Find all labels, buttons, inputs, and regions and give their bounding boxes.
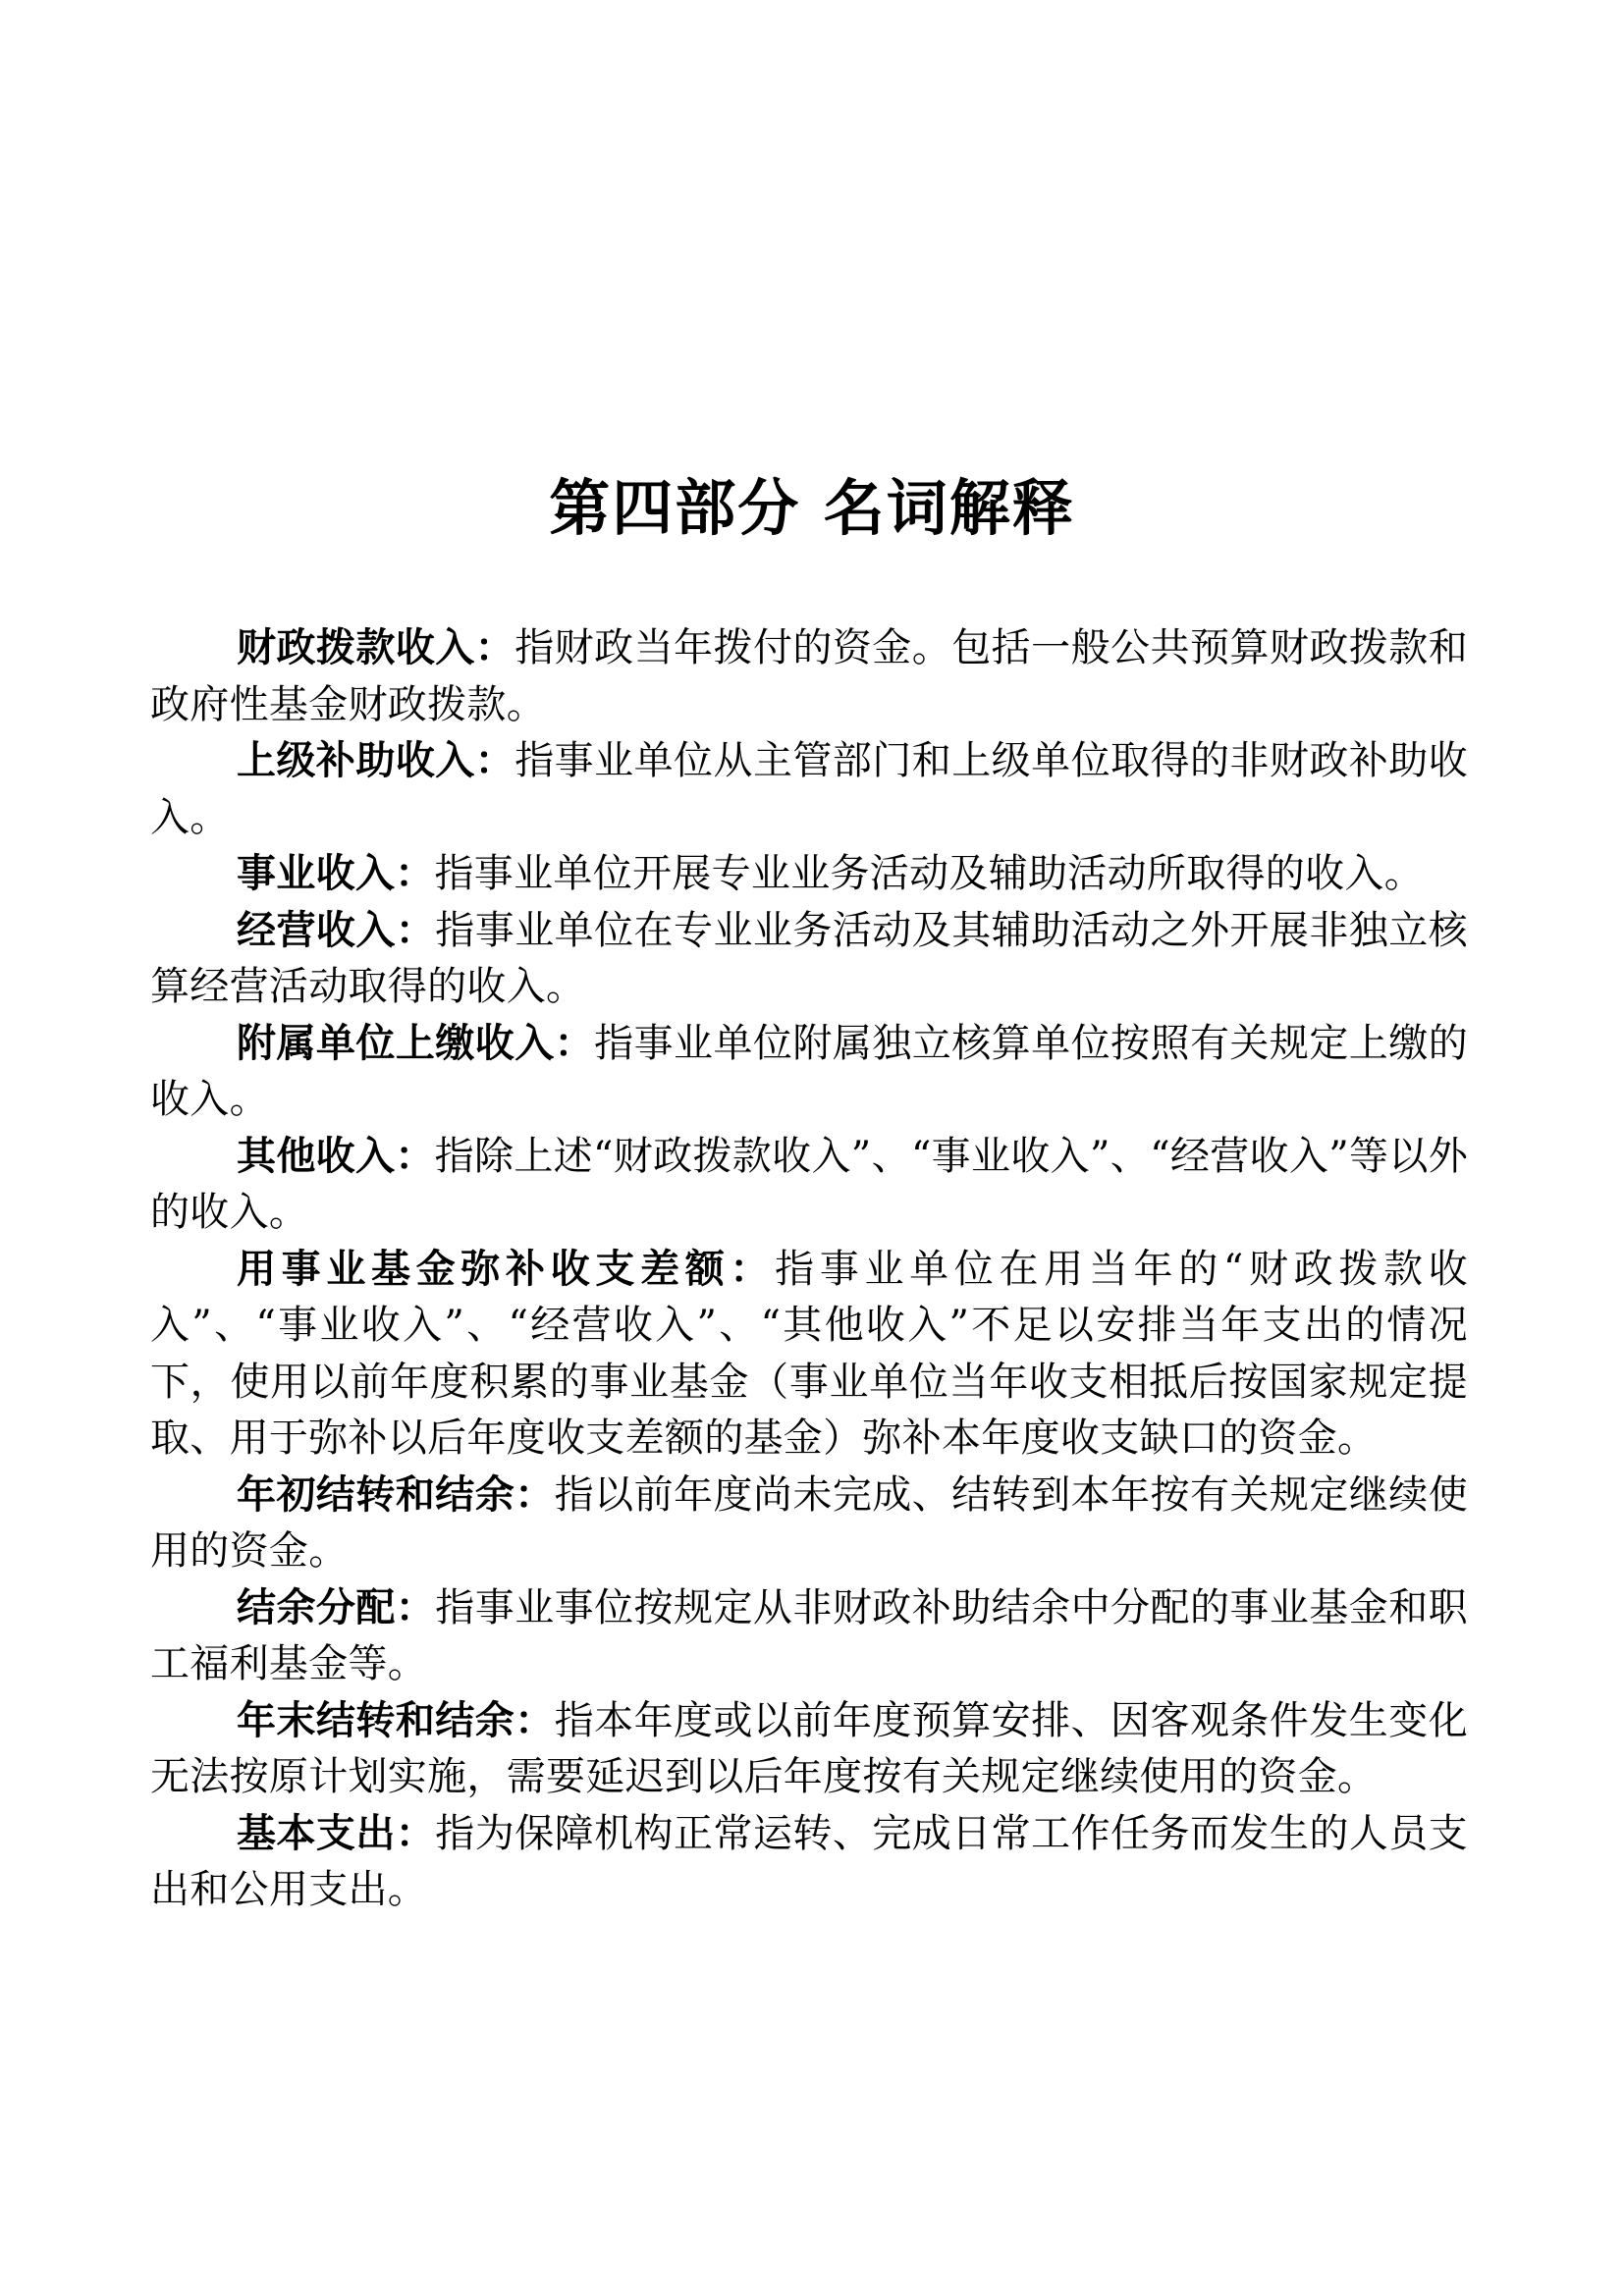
glossary-term: 其他收入：: [237, 1134, 435, 1179]
glossary-entry-business-fund-deficit-offset: 用事业基金弥补收支差额：指事业单位在用当年的“财政拨款收入”、“事业收入”、“经…: [150, 1242, 1468, 1468]
glossary-entry-other-income: 其他收入：指除上述“财政拨款收入”、“事业收入”、“经营收入”等以外的收入。: [150, 1129, 1468, 1242]
glossary-term: 年初结转和结余：: [237, 1472, 555, 1518]
glossary-term: 财政拨款收入：: [237, 625, 514, 670]
glossary-term: 结余分配：: [237, 1585, 435, 1630]
glossary-entry-business-income: 事业收入：指事业单位开展专业业务活动及辅助活动所取得的收入。: [150, 846, 1468, 903]
glossary-term: 基本支出：: [237, 1811, 435, 1856]
glossary-entry-surplus-distribution: 结余分配：指事业事位按规定从非财政补助结余中分配的事业基金和职工福利基金等。: [150, 1580, 1468, 1693]
glossary-term: 用事业基金弥补收支差额：: [237, 1247, 775, 1292]
glossary-body: 财政拨款收入：指财政当年拨付的资金。包括一般公共预算财政拨款和政府性基金财政拨款…: [150, 620, 1468, 1919]
glossary-entry-beginning-carryover-balance: 年初结转和结余：指以前年度尚未完成、结转到本年按有关规定继续使用的资金。: [150, 1468, 1468, 1580]
glossary-entry-fiscal-appropriation-income: 财政拨款收入：指财政当年拨付的资金。包括一般公共预算财政拨款和政府性基金财政拨款…: [150, 620, 1468, 733]
glossary-term: 年末结转和结余：: [237, 1698, 555, 1743]
page-title: 第四部分 名词解释: [0, 469, 1624, 548]
glossary-entry-superior-subsidy-income: 上级补助收入：指事业单位从主管部门和上级单位取得的非财政补助收入。: [150, 733, 1468, 846]
glossary-entry-affiliated-unit-remittance-income: 附属单位上缴收入：指事业单位附属独立核算单位按照有关规定上缴的收入。: [150, 1016, 1468, 1129]
glossary-term: 上级补助收入：: [237, 738, 514, 783]
glossary-term: 经营收入：: [237, 908, 435, 953]
glossary-term: 附属单位上缴收入：: [237, 1021, 594, 1066]
glossary-entry-basic-expenditure: 基本支出：指为保障机构正常运转、完成日常工作任务而发生的人员支出和公用支出。: [150, 1806, 1468, 1919]
glossary-term: 事业收入：: [237, 851, 435, 896]
glossary-entry-year-end-carryover-balance: 年末结转和结余：指本年度或以前年度预算安排、因客观条件发生变化无法按原计划实施，…: [150, 1693, 1468, 1806]
glossary-definition: 指事业单位开展专业业务活动及辅助活动所取得的收入。: [435, 851, 1425, 896]
glossary-entry-operating-income: 经营收入：指事业单位在专业业务活动及其辅助活动之外开展非独立核算经营活动取得的收…: [150, 903, 1468, 1016]
